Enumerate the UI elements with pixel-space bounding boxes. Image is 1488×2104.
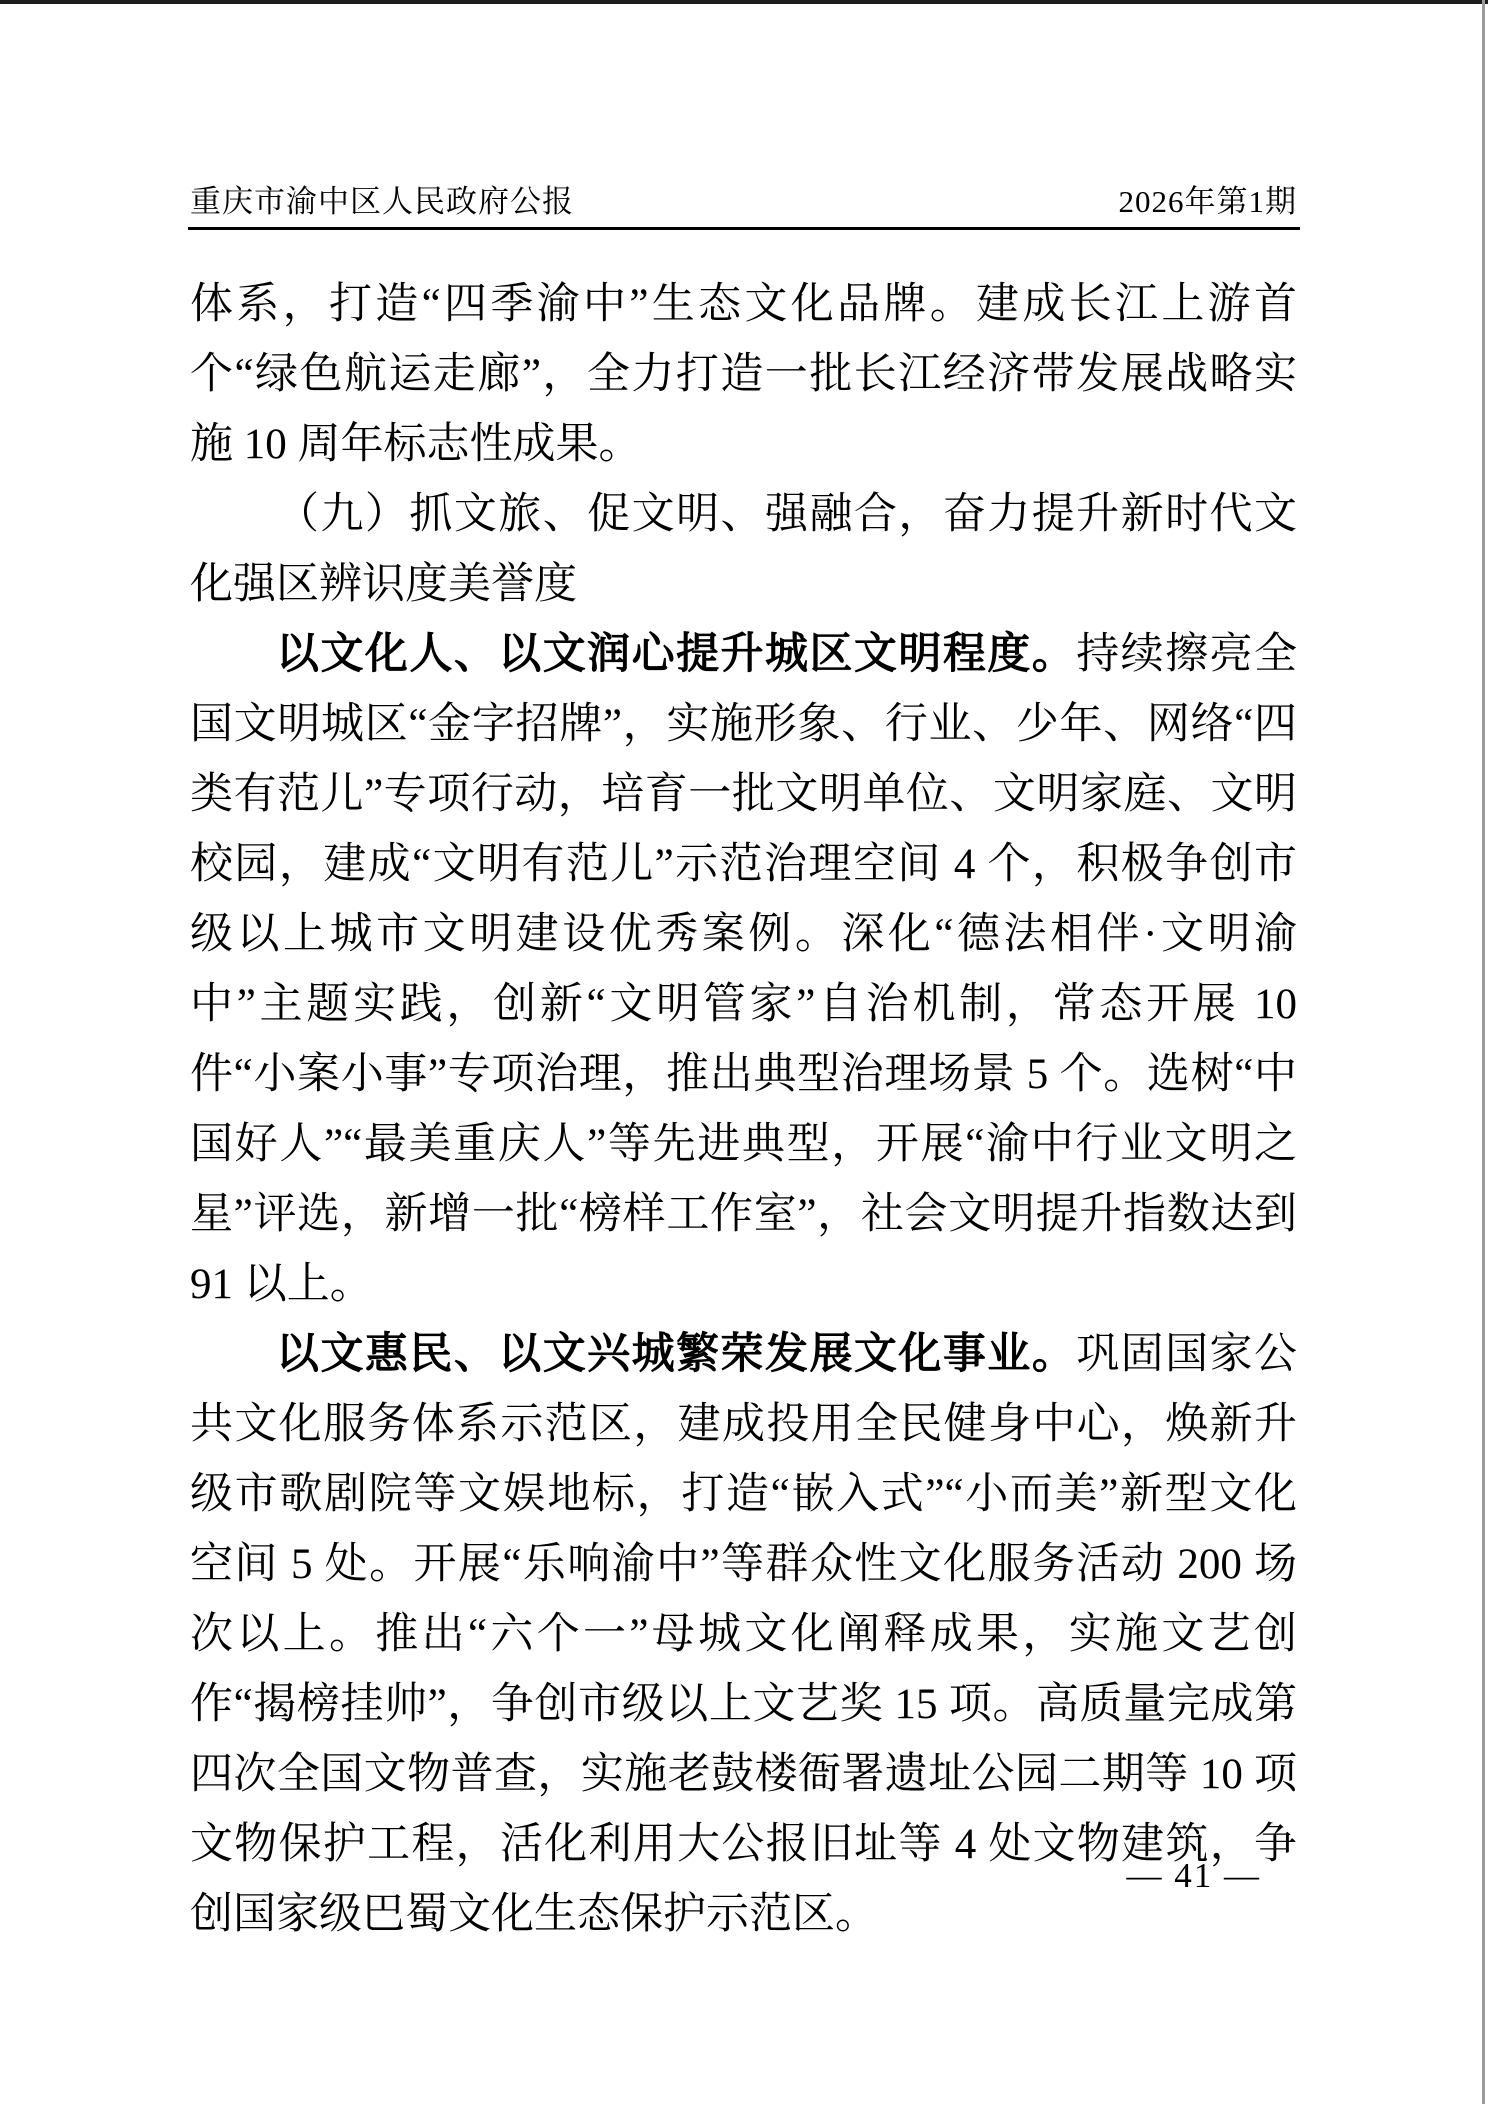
page-header: 重庆市渝中区人民政府公报 2026年第1期 [190,176,1297,220]
paragraph-text: 巩固国家公共文化服务体系示范区，建成投用全民健身中心，焕新升级市歌剧院等文娱地标… [190,1331,1297,1938]
paragraph-text: 持续擦亮全国文明城区“金字招牌”，实施形象、行业、少年、网络“四类有范儿”专项行… [190,631,1297,1308]
paragraph-bold-lead: 以文化人、以文润心提升城区文明程度。 [276,631,1076,678]
paragraph-civility: 以文化人、以文润心提升城区文明程度。持续擦亮全国文明城区“金字招牌”，实施形象、… [190,620,1297,1320]
gazette-page: 重庆市渝中区人民政府公报 2026年第1期 体系，打造“四季渝中”生态文化品牌。… [0,0,1488,2104]
document-body: 体系，打造“四季渝中”生态文化品牌。建成长江上游首个“绿色航运走廊”，全力打造一… [190,270,1297,1950]
page-number: — 41 — [1127,1856,1262,1896]
gazette-title: 重庆市渝中区人民政府公报 [190,176,574,221]
header-rule [188,227,1300,230]
section-heading-text: （九）抓文旅、促文明、强融合，奋力提升新时代文化强区辨识度美誉度 [190,491,1297,608]
paragraph-text: 体系，打造“四季渝中”生态文化品牌。建成长江上游首个“绿色航运走廊”，全力打造一… [190,281,1297,468]
page-right-edge [1482,0,1485,2104]
section-heading: （九）抓文旅、促文明、强融合，奋力提升新时代文化强区辨识度美誉度 [190,480,1297,620]
issue-label: 2026年第1期 [1119,176,1298,221]
paragraph-bold-lead: 以文惠民、以文兴城繁荣发展文化事业。 [276,1331,1076,1378]
page-top-edge [0,0,1488,4]
paragraph-continuation: 体系，打造“四季渝中”生态文化品牌。建成长江上游首个“绿色航运走廊”，全力打造一… [190,270,1297,480]
